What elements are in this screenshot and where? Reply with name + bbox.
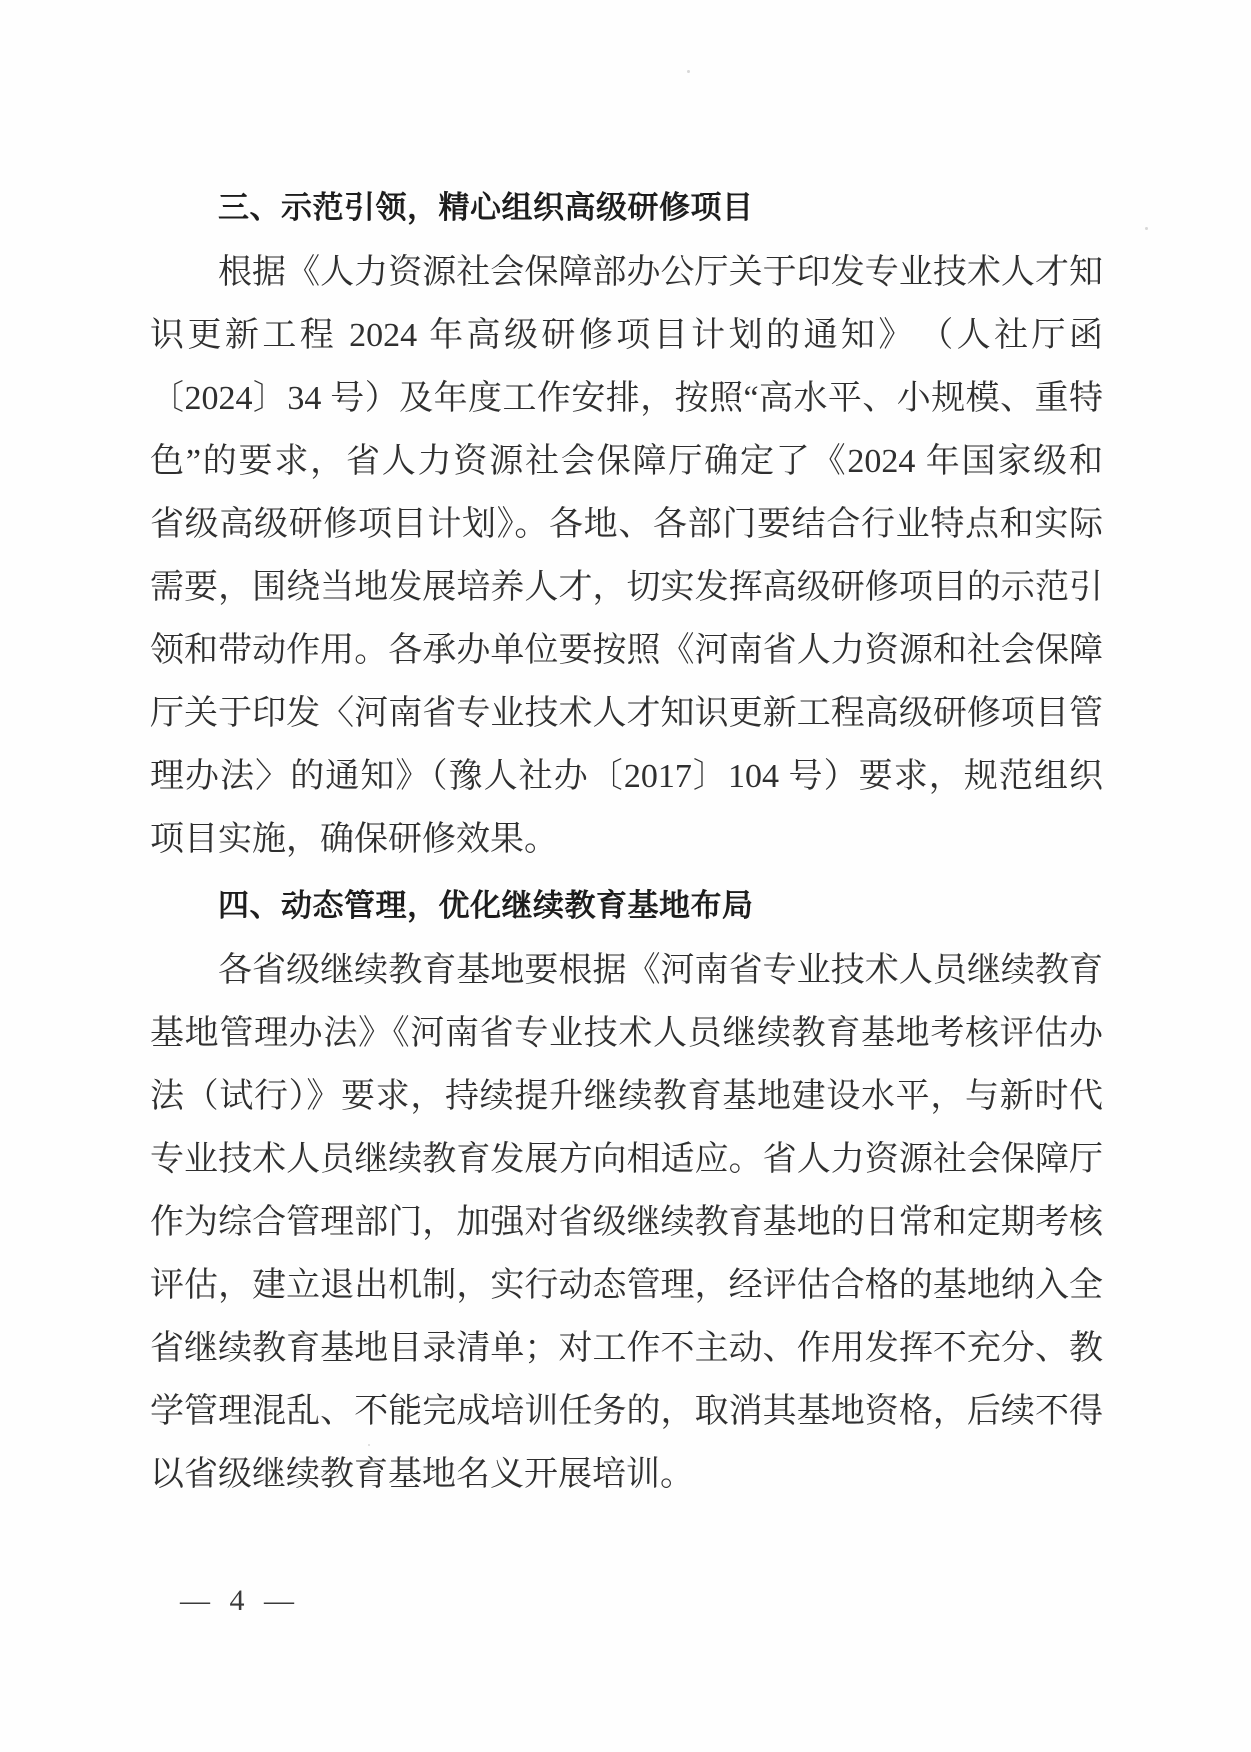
text-line: 专业技术人员继续教育发展方向相适应。省人力资源社会保障厅 (150, 1128, 1103, 1191)
page-number: — 4 — (180, 1584, 300, 1618)
document-page: 三、示范引领，精心组织高级研修项目 根据《人力资源社会保障部办公厅关于印发专业技… (0, 0, 1251, 1752)
section-advanced-training-projects: 三、示范引领，精心组织高级研修项目 根据《人力资源社会保障部办公厅关于印发专业技… (150, 176, 1103, 871)
section-continuing-education-bases: 四、动态管理，优化继续教育基地布局 各省级继续教育基地要根据《河南省专业技术人员… (150, 874, 1103, 1506)
text-line: 色”的要求，省人力资源社会保障厅确定了《2024 年国家级和 (150, 430, 1103, 493)
text-line: 〔2024〕34 号）及年度工作安排，按照“高水平、小规模、重特 (150, 367, 1103, 430)
section-heading: 三、示范引领，精心组织高级研修项目 (150, 176, 1103, 239)
text-line: 省继续教育基地目录清单；对工作不主动、作用发挥不充分、教 (150, 1317, 1103, 1380)
text-line: 厅关于印发〈河南省专业技术人才知识更新工程高级研修项目管 (150, 682, 1103, 745)
scan-speck (687, 70, 690, 73)
section-heading: 四、动态管理，优化继续教育基地布局 (150, 874, 1103, 937)
paragraph: 各省级继续教育基地要根据《河南省专业技术人员继续教育基地管理办法》《河南省专业技… (150, 939, 1103, 1506)
text-line: 省级高级研修项目计划》。各地、各部门要结合行业特点和实际 (150, 493, 1103, 556)
scan-speck (1145, 227, 1148, 230)
text-line: 学管理混乱、不能完成培训任务的，取消其基地资格，后续不得 (150, 1380, 1103, 1443)
text-line: 法（试行）》要求，持续提升继续教育基地建设水平，与新时代 (150, 1065, 1103, 1128)
document-body: 三、示范引领，精心组织高级研修项目 根据《人力资源社会保障部办公厅关于印发专业技… (150, 176, 1103, 1506)
paragraph: 根据《人力资源社会保障部办公厅关于印发专业技术人才知识更新工程 2024 年高级… (150, 241, 1103, 871)
text-line: 以省级继续教育基地名义开展培训。 (150, 1443, 1103, 1506)
text-line: 基地管理办法》《河南省专业技术人员继续教育基地考核评估办 (150, 1002, 1103, 1065)
text-line: 理办法〉的通知》（豫人社办〔2017〕104 号）要求，规范组织 (150, 745, 1103, 808)
text-line: 根据《人力资源社会保障部办公厅关于印发专业技术人才知 (150, 241, 1103, 304)
text-line: 评估，建立退出机制，实行动态管理，经评估合格的基地纳入全 (150, 1254, 1103, 1317)
text-line: 作为综合管理部门，加强对省级继续教育基地的日常和定期考核 (150, 1191, 1103, 1254)
text-line: 需要，围绕当地发展培养人才，切实发挥高级研修项目的示范引 (150, 556, 1103, 619)
text-line: 识更新工程 2024 年高级研修项目计划的通知》 （人社厅函 (150, 304, 1103, 367)
text-line: 领和带动作用。各承办单位要按照《河南省人力资源和社会保障 (150, 619, 1103, 682)
text-line: 项目实施，确保研修效果。 (150, 808, 1103, 871)
text-line: 各省级继续教育基地要根据《河南省专业技术人员继续教育 (150, 939, 1103, 1002)
